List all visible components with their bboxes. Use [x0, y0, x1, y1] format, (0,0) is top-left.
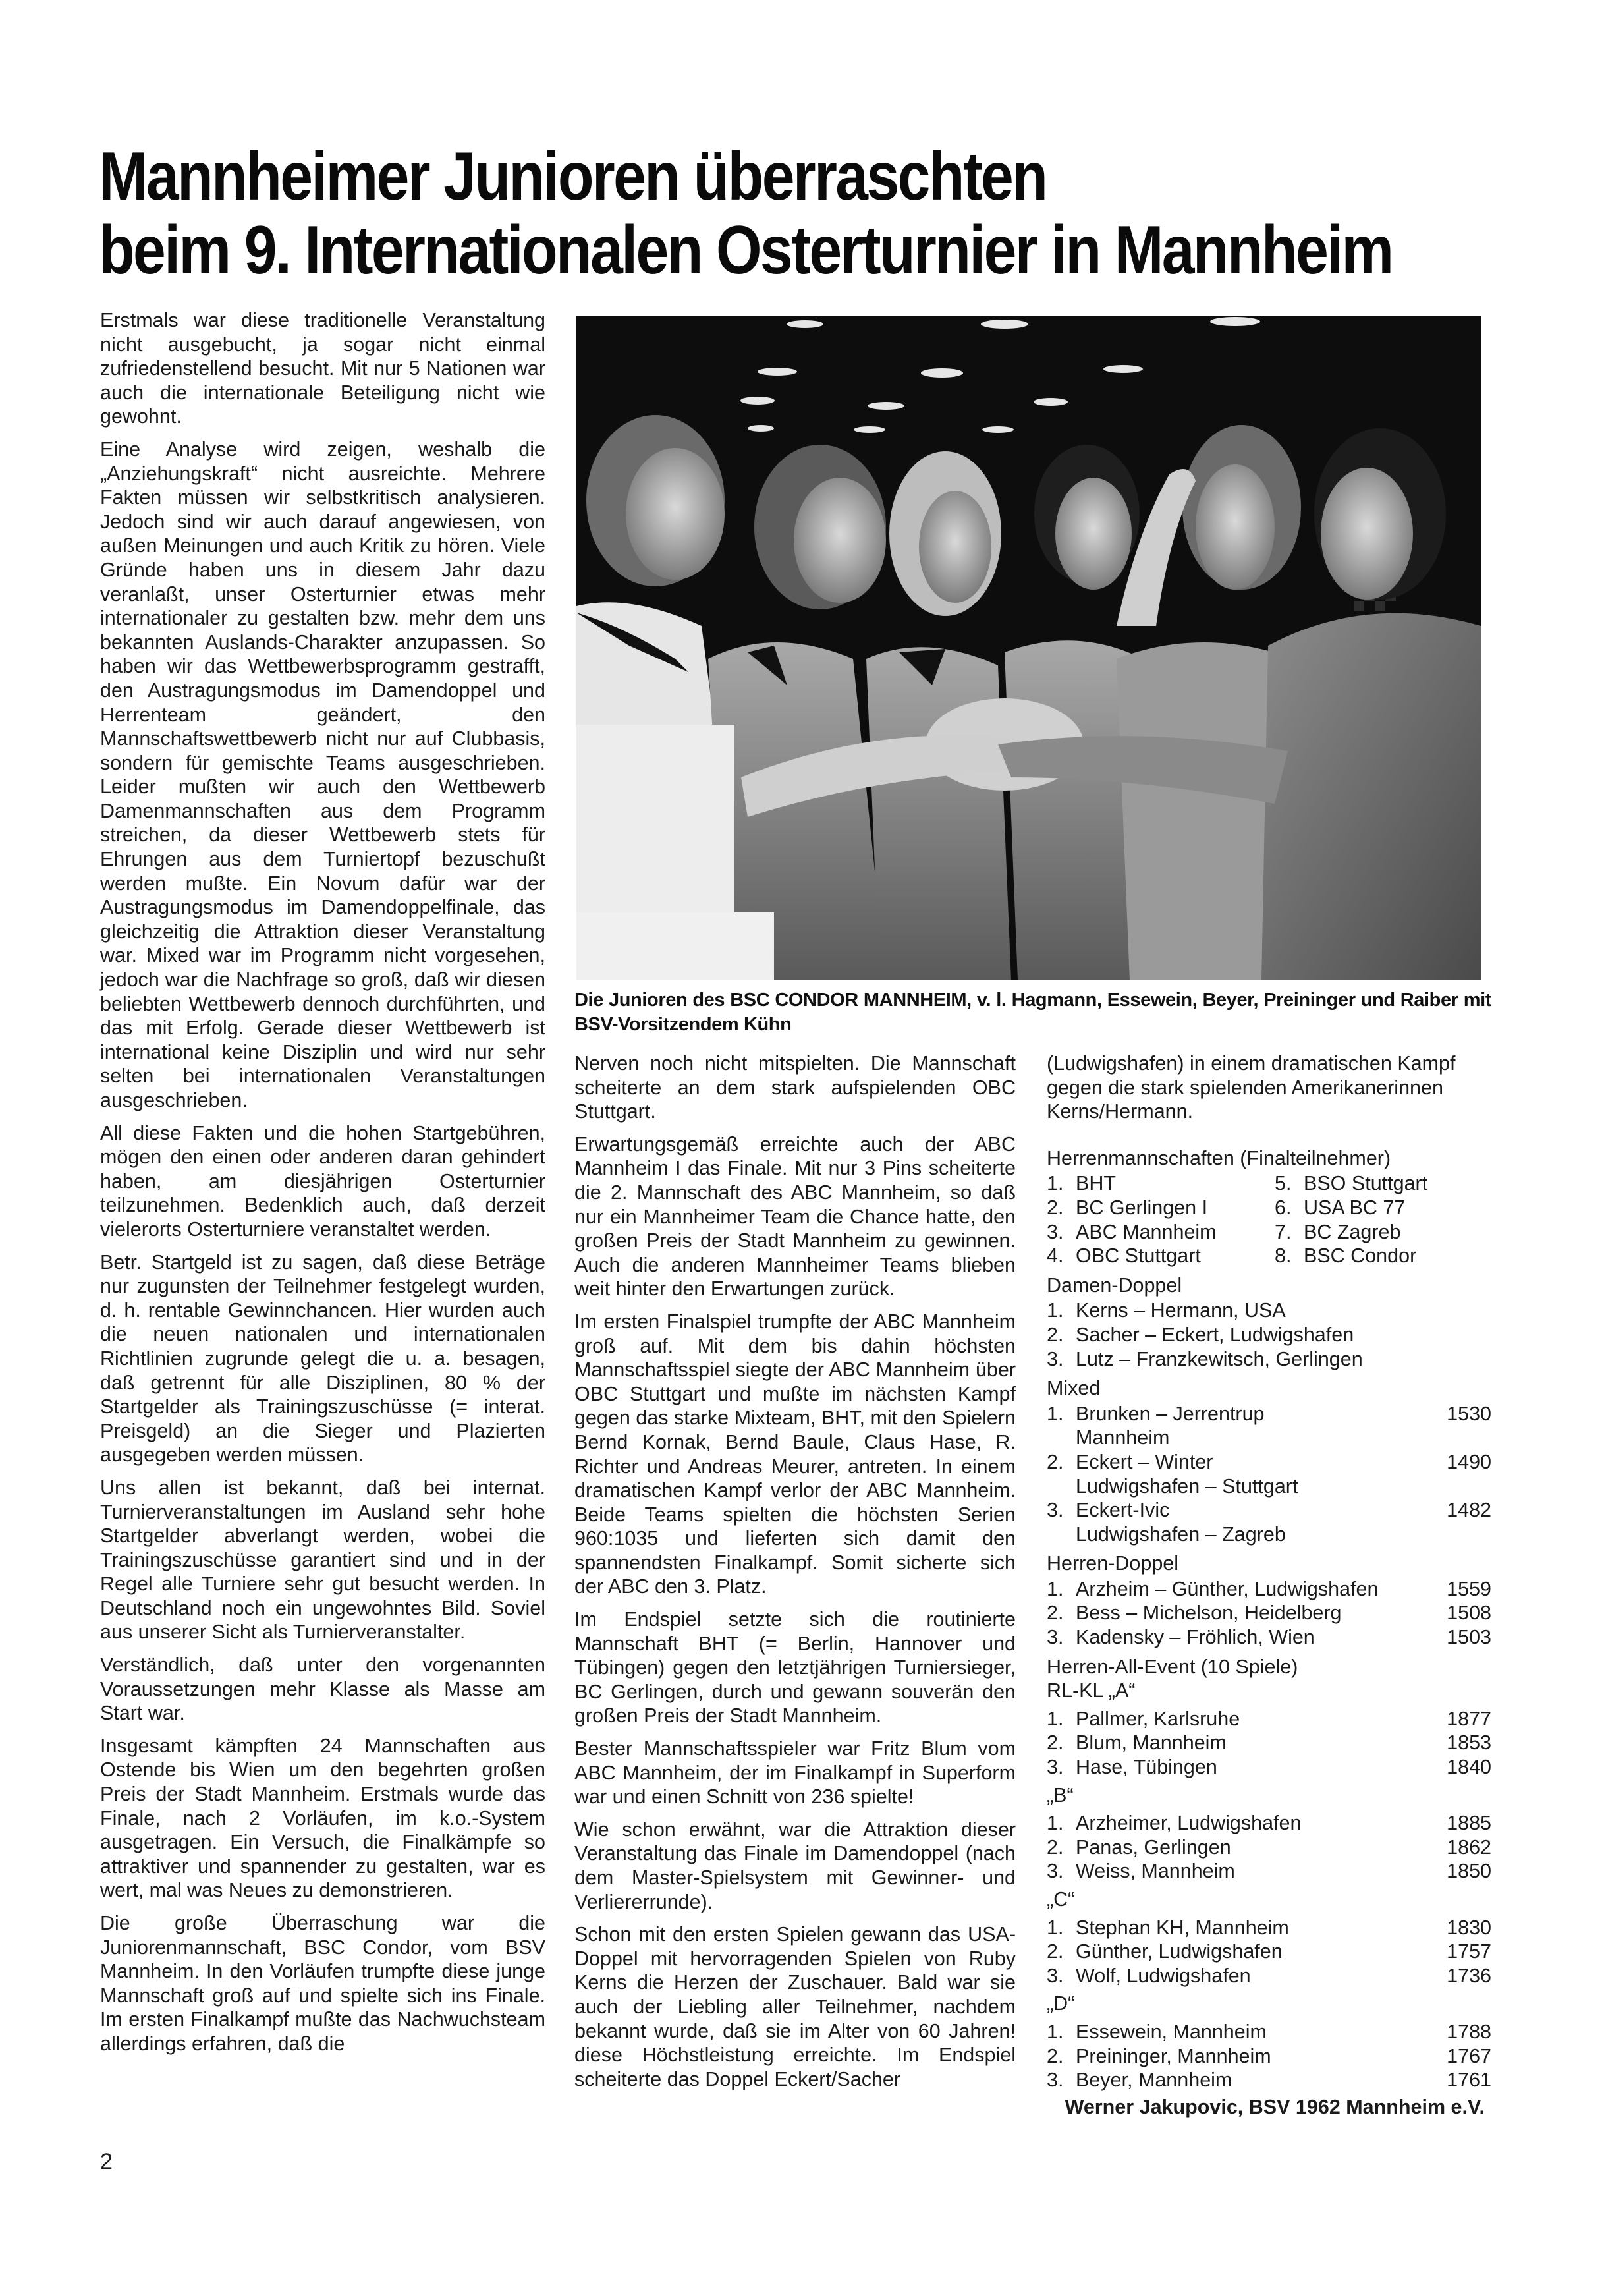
all-event-heading: Herren-All-Event (10 Spiele): [1047, 1655, 1491, 1679]
result-row: 3.Lutz – Franzkewitsch, Gerlingen: [1047, 1347, 1491, 1372]
paragraph: Im ersten Finalspiel trumpfte der ABC Ma…: [574, 1310, 1016, 1599]
score: 1853: [1432, 1731, 1491, 1755]
team-entry: 6.USA BC 77: [1275, 1196, 1491, 1220]
score: 1761: [1432, 2068, 1491, 2092]
result-row: 2.Bess – Michelson, Heidelberg1508: [1047, 1601, 1491, 1625]
result-subrow: Ludwigshafen – Stuttgart: [1047, 1474, 1491, 1499]
result-row: 3.Weiss, Mannheim1850: [1047, 1859, 1491, 1884]
rank: 5.: [1275, 1171, 1304, 1196]
rank: 3.: [1047, 1859, 1076, 1884]
rank: 3.: [1047, 1220, 1076, 1245]
rank: 1.: [1047, 1707, 1076, 1731]
rank: 2.: [1047, 1601, 1076, 1625]
score: 1885: [1432, 1811, 1491, 1835]
headline-line-1: Mannheimer Junioren überraschten: [99, 140, 1300, 213]
rank: 3.: [1047, 1964, 1076, 1988]
player-names: Brunken – Jerrentrup: [1076, 1402, 1432, 1426]
player-name: Pallmer, Karlsruhe: [1076, 1707, 1432, 1731]
rank: 3.: [1047, 1625, 1076, 1650]
result-row: 2.Panas, Gerlingen1862: [1047, 1835, 1491, 1860]
player-names: Lutz – Franzkewitsch, Gerlingen: [1076, 1347, 1491, 1372]
result-row: 3.Beyer, Mannheim1761: [1047, 2068, 1491, 2092]
paragraph: Die große Überraschung war die Juniorenm…: [100, 1911, 545, 2056]
team-name: BC Gerlingen I: [1076, 1196, 1207, 1220]
result-row: 2.Blum, Mannheim1853: [1047, 1731, 1491, 1755]
paragraph: Erwartungsgemäß erreichte auch der ABC M…: [574, 1133, 1016, 1301]
paragraph: Eine Analyse wird zeigen, weshalb die „A…: [100, 437, 545, 1113]
score: 1830: [1432, 1916, 1491, 1940]
rank: 1.: [1047, 1811, 1076, 1835]
score: 1530: [1432, 1402, 1491, 1426]
rank: 2.: [1047, 1323, 1076, 1347]
article-headline: Mannheimer Junioren überraschten beim 9.…: [99, 140, 1300, 287]
rank: 1.: [1047, 1402, 1076, 1426]
team-name: BHT: [1076, 1171, 1116, 1196]
player-name: Günther, Ludwigshafen: [1076, 1940, 1432, 1964]
score: 1757: [1432, 1940, 1491, 1964]
score: 1767: [1432, 2044, 1491, 2069]
mixed-heading: Mixed: [1047, 1376, 1491, 1401]
score: 1862: [1432, 1835, 1491, 1860]
middle-text-column: Nerven noch nicht mitspielten. Die Manns…: [574, 1051, 1016, 2100]
herren-doppel-heading: Herren-Doppel: [1047, 1552, 1491, 1576]
player-names: Kadensky – Fröhlich, Wien: [1076, 1625, 1432, 1650]
paragraph: Uns allen ist bekannt, daß bei internat.…: [100, 1476, 545, 1644]
team-name: ABC Mannheim: [1076, 1220, 1217, 1245]
player-names: Sacher – Eckert, Ludwigshafen: [1076, 1323, 1491, 1347]
rank: 2.: [1047, 1196, 1076, 1220]
herrenmannschaften-list: 1.BHT 5.BSO Stuttgart 2.BC Gerlingen I 6…: [1047, 1171, 1491, 1268]
all-event-group-a: RL-KL „A“ 1.Pallmer, Karlsruhe1877 2.Blu…: [1047, 1679, 1491, 1779]
team-name: OBC Stuttgart: [1076, 1244, 1201, 1268]
rank: 1.: [1047, 1577, 1076, 1602]
team-name: BC Zagreb: [1304, 1220, 1400, 1245]
author-signature: Werner Jakupovic, BSV 1962 Mannheim e.V.: [1047, 2095, 1491, 2119]
result-subrow: Mannheim: [1047, 1426, 1491, 1450]
player-name: Arzheimer, Ludwigshafen: [1076, 1811, 1432, 1835]
score: 1736: [1432, 1964, 1491, 1988]
result-row: 2.Preininger, Mannheim1767: [1047, 2044, 1491, 2069]
paragraph: Erstmals war diese traditionelle Veranst…: [100, 308, 545, 429]
team-photo-image: [576, 316, 1481, 980]
team-photo: [576, 316, 1481, 980]
player-name: Hase, Tübingen: [1076, 1755, 1432, 1779]
result-row: 1.Pallmer, Karlsruhe1877: [1047, 1707, 1491, 1731]
rank: 1.: [1047, 1171, 1076, 1196]
result-row: 3.Eckert-Ivic1482: [1047, 1498, 1491, 1523]
result-row: 1.Arzheimer, Ludwigshafen1885: [1047, 1811, 1491, 1835]
score: 1840: [1432, 1755, 1491, 1779]
paragraph: Nerven noch nicht mitspielten. Die Manns…: [574, 1051, 1016, 1124]
team-entry: 2.BC Gerlingen I: [1047, 1196, 1275, 1220]
result-row: 2.Sacher – Eckert, Ludwigshafen: [1047, 1323, 1491, 1347]
player-name: Preininger, Mannheim: [1076, 2044, 1432, 2069]
rank: 2.: [1047, 1940, 1076, 1964]
rank: 2.: [1047, 2044, 1076, 2069]
score: 1850: [1432, 1859, 1491, 1884]
player-name: Essewein, Mannheim: [1076, 2020, 1432, 2044]
team-entry: 5.BSO Stuttgart: [1275, 1171, 1491, 1196]
group-label: „B“: [1047, 1783, 1491, 1808]
player-name: Panas, Gerlingen: [1076, 1835, 1432, 1860]
all-event-group-b: „B“ 1.Arzheimer, Ludwigshafen1885 2.Pana…: [1047, 1783, 1491, 1884]
player-name: Stephan KH, Mannheim: [1076, 1916, 1432, 1940]
score: 1788: [1432, 2020, 1491, 2044]
result-row: 1.Essewein, Mannheim1788: [1047, 2020, 1491, 2044]
rank: 1.: [1047, 2020, 1076, 2044]
result-row: 3.Wolf, Ludwigshafen1736: [1047, 1964, 1491, 1988]
rank: 4.: [1047, 1244, 1076, 1268]
group-label: RL-KL „A“: [1047, 1679, 1491, 1703]
photo-caption: Die Junioren des BSC CONDOR MANNHEIM, v.…: [574, 988, 1491, 1037]
rank: 2.: [1047, 1450, 1076, 1474]
club-location: Ludwigshafen – Zagreb: [1047, 1523, 1286, 1547]
group-label: „C“: [1047, 1888, 1491, 1912]
paragraph: Schon mit den ersten Spielen gewann das …: [574, 1922, 1016, 2091]
result-row: 2.Günther, Ludwigshafen1757: [1047, 1940, 1491, 1964]
result-row: 1.Kerns – Hermann, USA: [1047, 1299, 1491, 1323]
score: 1508: [1432, 1601, 1491, 1625]
team-entry: 7.BC Zagreb: [1275, 1220, 1491, 1245]
headline-line-2: beim 9. Internationalen Osterturnier in …: [99, 213, 1300, 287]
paragraph: (Ludwigshafen) in einem dramatischen Kam…: [1047, 1051, 1491, 1124]
group-label: „D“: [1047, 1992, 1491, 2016]
paragraph: Bester Mannschaftsspieler war Fritz Blum…: [574, 1737, 1016, 1809]
club-location: Mannheim: [1047, 1426, 1169, 1450]
result-row: 2.Eckert – Winter1490: [1047, 1450, 1491, 1474]
rank: 1.: [1047, 1299, 1076, 1323]
right-results-column: (Ludwigshafen) in einem dramatischen Kam…: [1047, 1051, 1491, 2119]
page-number: 2: [100, 2149, 113, 2175]
result-row: 1.Arzheim – Günther, Ludwigshafen1559: [1047, 1577, 1491, 1602]
rank: 7.: [1275, 1220, 1304, 1245]
player-name: Weiss, Mannheim: [1076, 1859, 1432, 1884]
player-name: Blum, Mannheim: [1076, 1731, 1432, 1755]
rank: 8.: [1275, 1244, 1304, 1268]
damen-doppel-heading: Damen-Doppel: [1047, 1274, 1491, 1298]
left-text-column: Erstmals war diese traditionelle Veranst…: [100, 308, 545, 2065]
score: 1490: [1432, 1450, 1491, 1474]
rank: 3.: [1047, 1498, 1076, 1523]
player-names: Bess – Michelson, Heidelberg: [1076, 1601, 1432, 1625]
rank: 2.: [1047, 1731, 1076, 1755]
team-entry: 8.BSC Condor: [1275, 1244, 1491, 1268]
rank: 2.: [1047, 1835, 1076, 1860]
player-names: Eckert – Winter: [1076, 1450, 1432, 1474]
rank: 3.: [1047, 2068, 1076, 2092]
rank: 3.: [1047, 1347, 1076, 1372]
team-entry: 1.BHT: [1047, 1171, 1275, 1196]
player-names: Arzheim – Günther, Ludwigshafen: [1076, 1577, 1432, 1602]
results-section: Herrenmannschaften (Finalteilnehmer) 1.B…: [1047, 1146, 1491, 2119]
rank: 1.: [1047, 1916, 1076, 1940]
result-row: 1.Stephan KH, Mannheim1830: [1047, 1916, 1491, 1940]
result-row: 1.Brunken – Jerrentrup1530: [1047, 1402, 1491, 1426]
paragraph: Insgesamt kämpften 24 Mannschaften aus O…: [100, 1734, 545, 1903]
rank: 6.: [1275, 1196, 1304, 1220]
paragraph: Wie schon erwähnt, war die Attraktion di…: [574, 1818, 1016, 1914]
score: 1503: [1432, 1625, 1491, 1650]
team-entry: 4.OBC Stuttgart: [1047, 1244, 1275, 1268]
player-name: Wolf, Ludwigshafen: [1076, 1964, 1432, 1988]
player-name: Beyer, Mannheim: [1076, 2068, 1432, 2092]
team-entry: 3.ABC Mannheim: [1047, 1220, 1275, 1245]
score: 1877: [1432, 1707, 1491, 1731]
paragraph: All diese Fakten und die hohen Startgebü…: [100, 1121, 545, 1242]
paragraph: Betr. Startgeld ist zu sagen, daß diese …: [100, 1250, 545, 1467]
result-subrow: Ludwigshafen – Zagreb: [1047, 1523, 1491, 1547]
herrenmannschaften-heading: Herrenmannschaften (Finalteilnehmer): [1047, 1146, 1491, 1171]
result-row: 3.Kadensky – Fröhlich, Wien1503: [1047, 1625, 1491, 1650]
player-names: Kerns – Hermann, USA: [1076, 1299, 1491, 1323]
score: 1559: [1432, 1577, 1491, 1602]
team-name: BSC Condor: [1304, 1244, 1416, 1268]
team-name: BSO Stuttgart: [1304, 1171, 1427, 1196]
club-location: Ludwigshafen – Stuttgart: [1047, 1474, 1298, 1499]
team-name: USA BC 77: [1304, 1196, 1405, 1220]
paragraph: Verständlich, daß unter den vorgenannten…: [100, 1653, 545, 1725]
player-names: Eckert-Ivic: [1076, 1498, 1432, 1523]
all-event-group-d: „D“ 1.Essewein, Mannheim1788 2.Preininge…: [1047, 1992, 1491, 2092]
rank: 3.: [1047, 1755, 1076, 1779]
paragraph: Im Endspiel setzte sich die routinierte …: [574, 1608, 1016, 1728]
result-row: 3.Hase, Tübingen1840: [1047, 1755, 1491, 1779]
all-event-group-c: „C“ 1.Stephan KH, Mannheim1830 2.Günther…: [1047, 1888, 1491, 1988]
score: 1482: [1432, 1498, 1491, 1523]
